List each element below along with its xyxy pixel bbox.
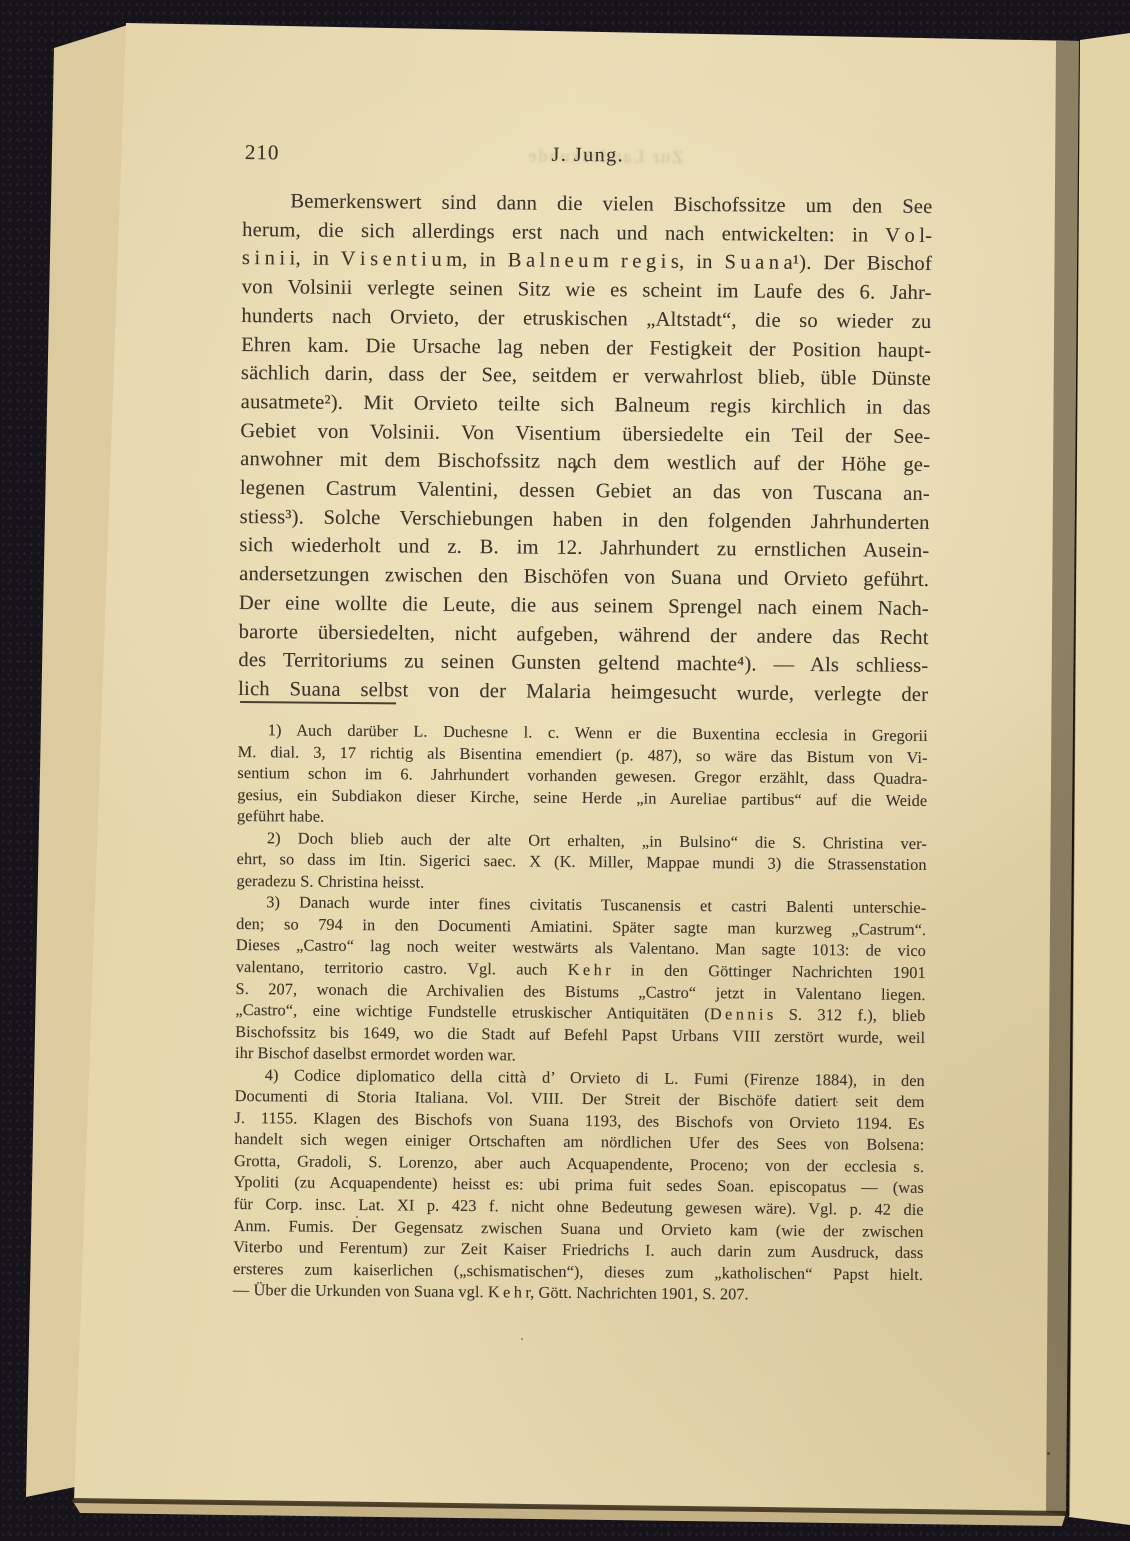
page-number: 210 [245,140,280,165]
footnote-1: 1) Auch darüber L. Duchesne l. c. Wenn e… [237,719,928,833]
running-title: J. Jung. [551,144,624,168]
ink-speck [521,1338,523,1340]
ink-speck [1047,1452,1050,1455]
footnotes-section: 1) Auch darüber L. Duchesne l. c. Wenn e… [233,719,928,1307]
photo-backdrop: { "document": { "page_number": "210", "r… [0,0,1130,1541]
ink-speck [356,1216,358,1218]
body-paragraph: Bemerkenswert sind dann die vielen Bisch… [238,187,932,710]
ink-speck [836,1101,838,1103]
text-line: lich Suana selbst von der Malaria heimge… [238,675,928,710]
page-header: Zur Landeskunde 210 J. Jung. [243,140,933,176]
footnote-2: 2) Doch blieb auch der alte Ort erhalten… [236,827,927,898]
page-content: Zur Landeskunde 210 J. Jung. Bemerkenswe… [243,140,933,176]
footnote-4: 4) Codice diplomatico della città d’ Orv… [233,1064,925,1307]
footnote-3: 3) Danach wurde inter fines civitatis Tu… [235,891,926,1069]
